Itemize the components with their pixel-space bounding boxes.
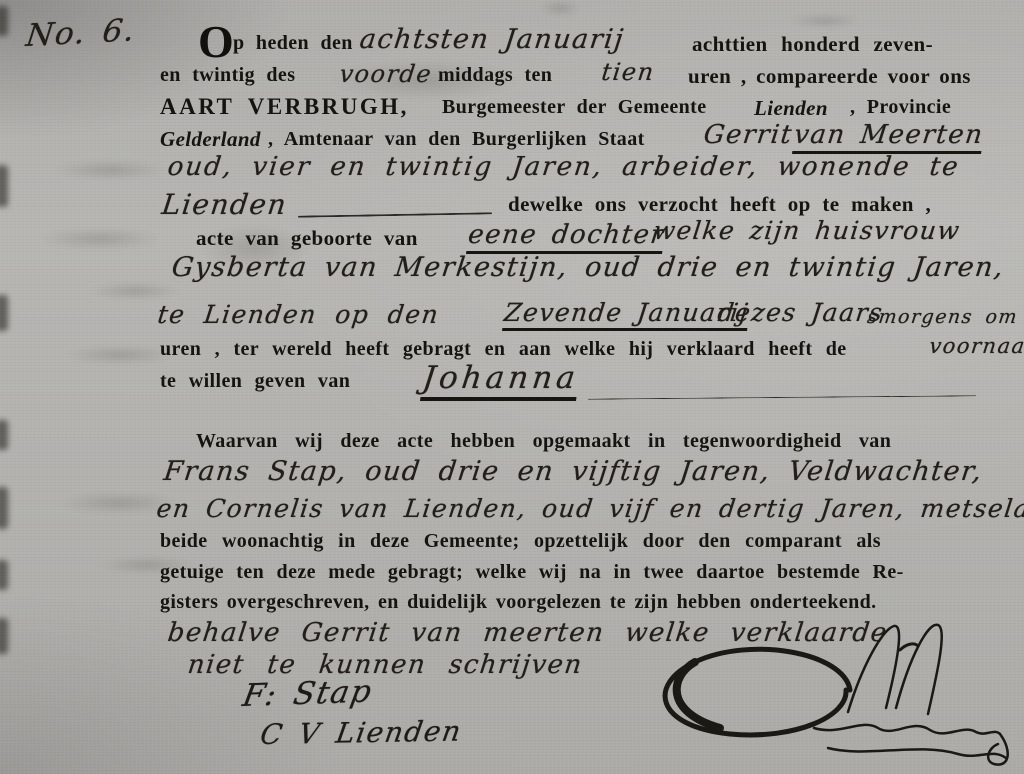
printed-text: p heden den <box>233 32 353 55</box>
printed-text: Burgemeester der Gemeente <box>442 96 707 119</box>
handwritten-birth-date: Zevende Januarij <box>502 298 751 331</box>
province-name: Gelderland <box>160 127 261 152</box>
handwritten-text: dezes Jaars <box>716 298 885 327</box>
handwritten-mother-details: Gysberta van Merkestijn, oud drie en twi… <box>170 252 1006 283</box>
printed-text: middags ten <box>438 64 552 87</box>
printed-text: acte van geboorte van <box>196 226 418 251</box>
handwritten-child-gender: eene dochter <box>466 220 666 254</box>
bleed-through-smudge <box>40 228 160 250</box>
handwritten-note: niet te kunnen schrijven <box>186 650 585 680</box>
handwritten-child-name: Johanna <box>420 360 581 401</box>
printed-text: en twintig des <box>160 64 295 87</box>
municipality-name: Lienden <box>754 96 828 121</box>
handwritten-text: welke zijn huisvrouw <box>652 216 962 245</box>
handwritten-birth-time: smorgens om vijf <box>866 306 1024 328</box>
blank-filler-rule <box>588 395 976 399</box>
scan-edge-mark <box>0 560 8 590</box>
bleed-through-smudge <box>55 160 165 180</box>
printed-text: te willen geven van <box>160 370 350 393</box>
scan-edge-mark <box>0 487 8 529</box>
signature-witness2: C V Lienden <box>258 715 464 751</box>
printed-text: gisters overgeschreven, en duidelijk voo… <box>160 591 877 614</box>
printed-text: uren , compareerde voor ons <box>688 64 971 89</box>
printed-text: beide woonachtig in deze Gemeente; opzet… <box>160 530 881 553</box>
drop-cap-O: O <box>198 24 234 60</box>
printed-text: , Amtenaar van den Burgerlijken Staat <box>268 128 645 151</box>
official-name: AART VERBRUGH, <box>160 94 409 120</box>
handwritten-daypart: voorde <box>338 60 434 88</box>
bleed-through-smudge <box>65 345 175 365</box>
signature-aart-verbrugh <box>600 616 1020 774</box>
handwritten-witness2-details: en Cornelis van Lienden, oud vijf en der… <box>155 494 1024 523</box>
scan-edge-mark <box>0 165 8 207</box>
scan-edge-mark <box>0 420 8 450</box>
handwritten-declarant-first: Gerrit <box>702 120 794 150</box>
handwritten-declarant-details: oud, vier en twintig Jaren, arbeider, wo… <box>166 152 962 182</box>
handwritten-witness1-details: Frans Stap, oud drie en vijftig Jaren, V… <box>162 456 985 487</box>
scan-edge-mark <box>0 295 8 331</box>
printed-text: getuige ten deze mede gebragt; welke wij… <box>160 561 904 584</box>
handwritten-hour: tien <box>600 58 656 86</box>
handwritten-declarant-last: van Meerten <box>792 120 985 154</box>
handwritten-residence: Lienden <box>160 188 289 221</box>
printed-text: uren , ter wereld heeft gebragt en aan w… <box>160 338 847 361</box>
bleed-through-smudge <box>790 14 860 28</box>
handwritten-text: voornaam <box>928 334 1024 358</box>
scan-edge-mark <box>0 6 8 36</box>
handwritten-entry-date: achtsten Januarij <box>358 24 626 55</box>
printed-text: , Provincie <box>850 96 951 119</box>
printed-text: Waarvan wij deze acte hebben opgemaakt i… <box>196 430 891 453</box>
act-number: No. 6. <box>24 12 138 54</box>
signature-witness1: F: Stap <box>240 674 375 714</box>
handwritten-text: te Lienden op den <box>156 300 441 329</box>
bleed-through-smudge <box>90 282 180 300</box>
printed-text: dewelke ons verzocht heeft op te maken , <box>508 192 931 217</box>
bleed-through-smudge <box>540 0 580 16</box>
birth-certificate-scan: No. 6. O p heden den achtsten Januarij a… <box>0 0 1024 774</box>
blank-filler-rule <box>298 212 492 217</box>
scan-edge-mark <box>0 618 8 654</box>
printed-text: achttien honderd zeven- <box>692 32 933 57</box>
